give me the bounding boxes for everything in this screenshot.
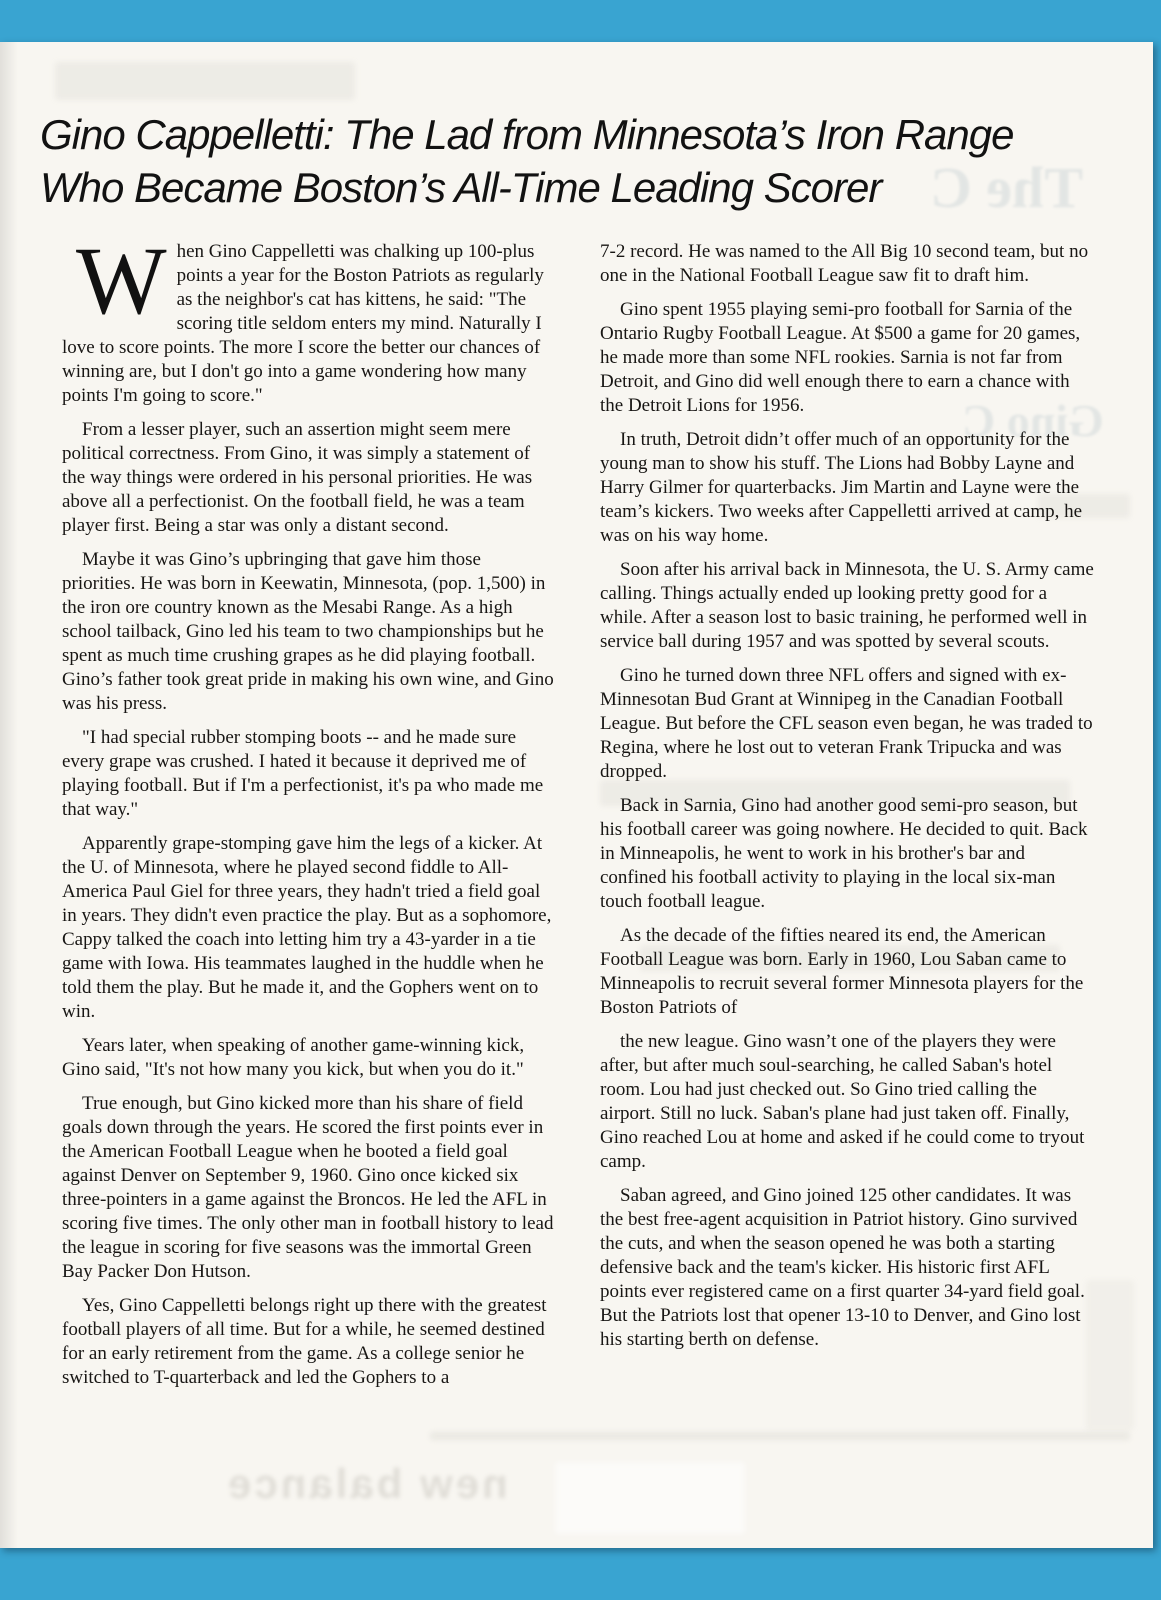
article-title-line2: Who Became Boston’s All-Time Leading Sco… (40, 161, 1115, 214)
paragraph: From a lesser player, such an assertion … (62, 418, 554, 538)
paragraph: In truth, Detroit didn’t offer much of a… (600, 428, 1094, 548)
paragraph: Back in Sarnia, Gino had another good se… (600, 794, 1094, 914)
paragraph: Gino he turned down three NFL offers and… (600, 664, 1094, 784)
paragraph: the new league. Gino wasn’t one of the p… (600, 1030, 1094, 1174)
bleedthrough-smudge (430, 1432, 1130, 1440)
paragraph: Apparently grape-stomping gave him the l… (62, 832, 554, 1024)
bleedthrough-smudge (55, 62, 355, 100)
article-title-line1: Gino Cappelletti: The Lad from Minnesota… (40, 108, 1115, 161)
paragraph: "I had special rubber stomping boots -- … (62, 726, 554, 822)
paragraph: Gino spent 1955 playing semi-pro footbal… (600, 298, 1094, 418)
paragraph: Years later, when speaking of another ga… (62, 1034, 554, 1082)
drop-cap: W (62, 240, 177, 318)
paragraph: 7-2 record. He was named to the All Big … (600, 240, 1094, 288)
article-title: Gino Cappelletti: The Lad from Minnesota… (40, 108, 1115, 214)
right-column: 7-2 record. He was named to the All Big … (600, 240, 1094, 1362)
paragraph: True enough, but Gino kicked more than h… (62, 1092, 554, 1284)
paragraph: Yes, Gino Cappelletti belongs right up t… (62, 1294, 554, 1390)
paragraph: Soon after his arrival back in Minnesota… (600, 558, 1094, 654)
paragraph: Maybe it was Gino’s upbringing that gave… (62, 548, 554, 716)
bleedthrough-smudge (555, 1462, 745, 1534)
bleedthrough-text-new-balance: new balance (225, 1460, 508, 1508)
paragraph: As the decade of the fifties neared its … (600, 924, 1094, 1020)
paragraph: When Gino Cappelletti was chalking up 10… (62, 240, 554, 408)
page-paper: The C Gino C new balance Gino Cappellett… (0, 42, 1153, 1548)
paragraph: Saban agreed, and Gino joined 125 other … (600, 1184, 1094, 1352)
scanned-article-photo: { "document": { "kind": "scanned magazin… (0, 0, 1161, 1600)
left-column: When Gino Cappelletti was chalking up 10… (62, 240, 554, 1400)
